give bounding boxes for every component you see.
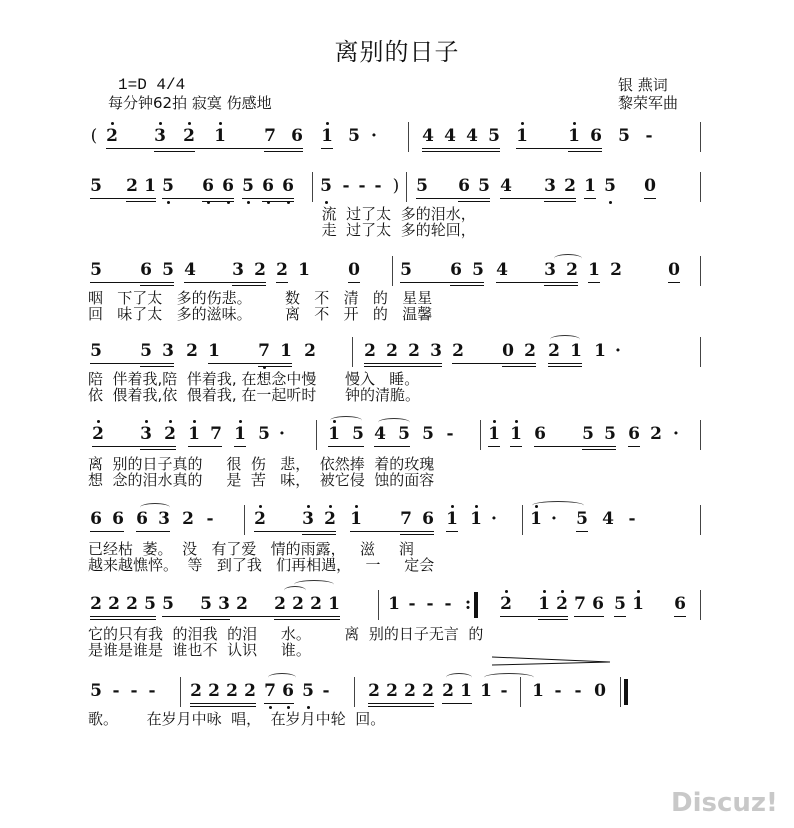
dash: - [356,176,368,196]
note: 5 [90,260,102,280]
lyrics-verse-2: 是谁是谁是 谁也不 认识 谁。 [88,642,311,659]
note: 5 [488,126,500,146]
note: 5 [258,424,270,444]
note: 1 [214,126,226,146]
note: 5 [140,341,152,361]
note: 5 [90,341,102,361]
note: 4 [496,260,508,280]
bar-line [408,122,409,152]
dash: - [340,176,352,196]
bar-line [522,505,523,535]
note: 2 [292,594,304,614]
note: 7 [574,594,586,614]
note: 2 [126,176,138,196]
note: 5 [320,176,332,196]
note: 1 [538,594,550,614]
note: 2 [92,424,104,444]
note: 6 [674,594,686,614]
slur [330,416,362,425]
note: 6 [450,260,462,280]
note: 2 [452,341,464,361]
note: 3 [218,594,230,614]
note: 5 [348,126,360,146]
dash: - [372,176,384,196]
note: 3 [158,509,170,529]
composer: 黎荣军曲 [618,94,678,112]
note: 5 [400,260,412,280]
dash: - [424,594,436,614]
note: 5 [200,594,212,614]
bar-line [406,172,407,202]
slur [140,503,170,512]
note: 2 [442,681,454,701]
note: 3 [544,176,556,196]
note: 3 [544,260,556,280]
dash: - [146,681,158,701]
note: 2 [310,594,322,614]
bar-line [700,256,701,286]
slur [378,418,410,427]
slur [268,673,296,682]
note: 5 [478,176,490,196]
note: 1 [234,424,246,444]
notes-row: 5 2 1 5 6 6 5 6 6 5 - - - ) 5 6 5 4 3 2 … [88,172,708,202]
note: 6 [592,594,604,614]
note: 5 [162,260,174,280]
slur [554,254,582,263]
note: 5 [618,126,630,146]
note: 1 [298,260,310,280]
bar-line [180,677,181,707]
note: 6 [282,681,294,701]
song-meta-left: 1=D 4/4 每分钟62拍 寂寞 伤感地 [108,76,272,112]
slur [532,501,584,510]
bar-line [378,590,379,620]
dash: - [444,424,456,444]
note: 4 [602,509,614,529]
note: 1 [446,509,458,529]
note: 1 [570,341,582,361]
note: 1 [470,509,482,529]
note: 1 [460,681,472,701]
note: 5 [604,176,616,196]
lyrics-verse-2: 想 念的泪水真的 是 苦 味， 被它侵 蚀的面容 [88,472,434,489]
note: 5 [416,176,428,196]
note: 3 [140,424,152,444]
note: 6 [534,424,546,444]
note: 4 [184,260,196,280]
note: 1 [632,594,644,614]
bar-line [352,337,353,367]
note: 5 [422,424,434,444]
dash: - [552,681,564,701]
note: 4 [374,424,386,444]
note: 2 [254,260,266,280]
bar-line [700,590,701,620]
note: 3 [162,341,174,361]
tempo-mood: 每分钟62拍 寂寞 伤感地 [108,94,272,112]
lyrics-verse-2: 越来越憔悴。 等 到了我 们再相遇， 一 定会 [88,557,434,574]
notes-row: 5 6 5 4 3 2 2 1 0 5 6 5 4 3 2 1 2 0 [88,256,708,286]
note: 1 [480,681,492,701]
bar-line [520,677,521,707]
note: 4 [422,126,434,146]
note: 6 [282,176,294,196]
lyrics-verse-2: 依 偎着我,依 偎着我, 在一起听时 钟的清脆。 [88,387,420,404]
note: 2 [564,176,576,196]
note: 2 [650,424,662,444]
note: 5 [352,424,364,444]
note: 1 [328,594,340,614]
slur [294,580,334,589]
note: 1 [350,509,362,529]
note: 1 [594,341,606,361]
note: 2 [183,126,195,146]
note: 2 [408,341,420,361]
note: 1 [388,594,400,614]
repeat-dots: : [462,594,474,614]
bar-line [316,420,317,450]
note: 2 [208,681,220,701]
note: 1 [280,341,292,361]
dot: · [488,509,500,529]
note: 2 [404,681,416,701]
bar-line [700,122,701,152]
dash: - [643,126,655,146]
note: 2 [236,594,248,614]
note: 5 [242,176,254,196]
note: 1 [516,126,528,146]
notes-row: 2 3 2 1 7 1 5 · 1 5 4 5 5 - 1 1 6 5 5 6 … [88,420,708,450]
note: 6 [262,176,274,196]
note: 5 [604,424,616,444]
note: 5 [90,681,102,701]
notes-row: 5 - - - 2 2 2 2 7 6 5 - 2 2 2 2 2 1 1 - … [88,677,708,707]
notes-row: 2 2 2 5 5 5 3 2 2 2 2 1 1 - - - : 2 1 2 … [88,590,708,620]
note: 1 [488,424,500,444]
decrescendo-hairpin [492,656,612,666]
dash: - [442,594,454,614]
note: 5 [398,424,410,444]
note: 2 [186,341,198,361]
note: 5 [576,509,588,529]
note: 1 [208,341,220,361]
note: 2 [106,126,118,146]
bar-line [354,677,355,707]
note: 2 [386,341,398,361]
discuz-watermark: Discuz! [671,788,778,818]
note: 6 [202,176,214,196]
dot: · [670,424,682,444]
lyricist: 银 燕词 [618,76,678,94]
note: 2 [304,341,316,361]
rest: 0 [502,341,514,361]
note: 2 [566,260,578,280]
note: 3 [232,260,244,280]
note: 6 [291,126,303,146]
dot: · [368,126,380,146]
lyrics-verse-2: 回 味了太 多的滋味。 离 不 开 的 温馨 [88,306,432,323]
dash: - [110,681,122,701]
note: 2 [386,681,398,701]
key-time-signature: 1=D 4/4 [108,76,272,94]
note: 2 [182,509,194,529]
dash: - [128,681,140,701]
note: 1 [144,176,156,196]
note: 2 [226,681,238,701]
note: 2 [422,681,434,701]
dash: - [626,509,638,529]
bar-line [480,420,481,450]
note: 5 [90,176,102,196]
open-paren: ( [88,126,100,146]
note: 2 [364,341,376,361]
note: 6 [222,176,234,196]
bar-line [620,677,621,707]
note: 7 [258,341,270,361]
dash: - [572,681,584,701]
rest: 0 [668,260,680,280]
dash: - [204,509,216,529]
bar-line [700,505,701,535]
note: 1 [328,424,340,444]
note: 2 [274,594,286,614]
note: 5 [162,594,174,614]
notes-row: ( 2 3 2 1 7 6 1 5 · 4 4 4 5 1 1 6 5 - [88,122,708,152]
slur [446,673,472,682]
final-barline [624,679,628,705]
note: 2 [500,594,512,614]
dash: - [406,594,418,614]
note: 7 [400,509,412,529]
note: 5 [144,594,156,614]
note: 2 [548,341,560,361]
note: 1 [584,176,596,196]
note: 7 [264,681,276,701]
bar-line [392,256,393,286]
note: 2 [324,509,336,529]
close-paren: ) [390,176,402,196]
bar-line [312,172,313,202]
note: 4 [500,176,512,196]
note: 2 [254,509,266,529]
note: 1 [510,424,522,444]
note: 6 [112,509,124,529]
note: 6 [628,424,640,444]
bar-line [700,172,701,202]
note: 7 [264,126,276,146]
note: 2 [90,594,102,614]
note: 5 [582,424,594,444]
repeat-end-barline [474,592,478,618]
note: 5 [472,260,484,280]
dash: - [320,681,332,701]
note: 6 [90,509,102,529]
note: 2 [108,594,120,614]
note: 6 [458,176,470,196]
lyrics-verse-1: 歌。 在岁月中咏 唱， 在岁月中轮 回。 [88,711,385,728]
rest: 0 [594,681,606,701]
note: 2 [368,681,380,701]
dot: · [612,341,624,361]
rest: 0 [348,260,360,280]
notes-row: 5 5 3 2 1 7 1 2 2 2 2 3 2 0 2 2 1 1 · [88,337,708,367]
note: 2 [126,594,138,614]
note: 1 [321,126,333,146]
note: 2 [524,341,536,361]
dash: - [498,681,510,701]
note: 6 [590,126,602,146]
slur [550,335,580,344]
song-credits: 银 燕词 黎荣军曲 [618,76,678,112]
note: 2 [556,594,568,614]
note: 5 [302,681,314,701]
note: 2 [244,681,256,701]
lyrics-verse-2: 走 过了太 多的轮回， [88,222,476,239]
note: 7 [210,424,222,444]
note: 4 [466,126,478,146]
song-title: 离别的日子 [0,32,794,67]
note: 4 [444,126,456,146]
note: 5 [614,594,626,614]
note: 6 [140,260,152,280]
note: 2 [190,681,202,701]
notes-row: 6 6 6 3 2 - 2 3 2 1 7 6 1 1 · 1 · 5 4 - [88,505,708,535]
bar-line [244,505,245,535]
note: 6 [422,509,434,529]
bar-line [700,420,701,450]
tie [484,673,534,682]
note: 1 [568,126,580,146]
note: 1 [188,424,200,444]
note: 2 [164,424,176,444]
dot: · [276,424,288,444]
note: 3 [430,341,442,361]
dot: · [548,509,560,529]
note: 2 [610,260,622,280]
rest: 0 [644,176,656,196]
note: 3 [154,126,166,146]
note: 3 [302,509,314,529]
note: 6 [136,509,148,529]
note: 1 [588,260,600,280]
note: 2 [276,260,288,280]
note: 1 [530,509,542,529]
note: 5 [162,176,174,196]
bar-line [700,337,701,367]
note: 1 [532,681,544,701]
